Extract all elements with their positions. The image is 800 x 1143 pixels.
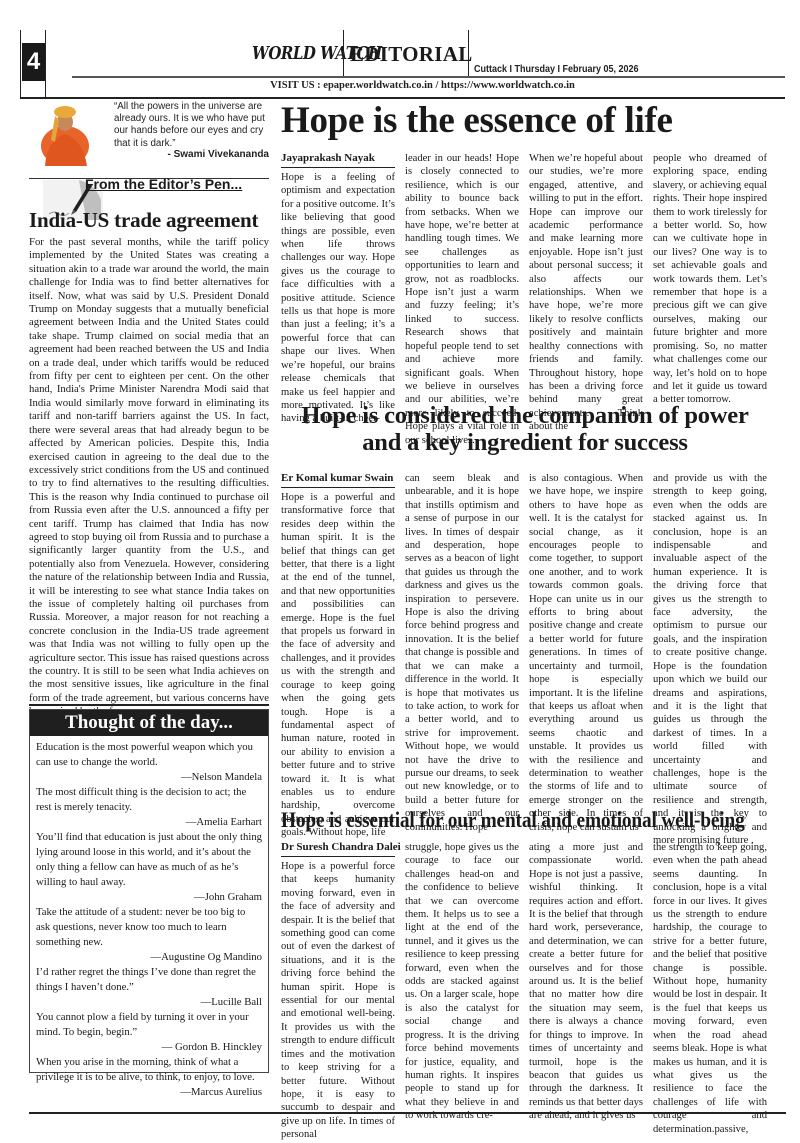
quote-box: “All the powers in the universe are alre…: [29, 100, 269, 170]
page-number: 4: [22, 43, 45, 81]
column-text: Hope is a powerful force that keeps huma…: [281, 860, 395, 1142]
thought-author: — Gordon B. Hinckley: [36, 1040, 262, 1055]
article-column: and provide us with the strength to keep…: [653, 472, 767, 847]
divider: [343, 30, 344, 76]
thought-author: —Lucille Ball: [36, 995, 262, 1010]
quote-text: “All the powers in the universe are alre…: [114, 101, 270, 150]
article-column: struggle, hope gives us the courage to f…: [405, 841, 519, 1142]
article-3-columns: Dr Suresh Chandra Dalei Hope is a powerf…: [281, 841, 767, 1142]
article-2-headline: Hope is considered the companion of powe…: [285, 402, 765, 456]
thought-author: —John Graham: [36, 890, 262, 905]
quote-author: - Swami Vivekananda: [167, 149, 269, 160]
thought-quote: I’d rather regret the things I’ve done t…: [36, 965, 262, 995]
article-column: Er Komal kumar Swain Hope is a powerful …: [281, 472, 395, 847]
swami-vivekananda-portrait-icon: [37, 100, 93, 166]
editorial-headline: India-US trade agreement: [29, 208, 258, 233]
thought-author: —Nelson Mandela: [36, 770, 262, 785]
article-3-byline: Dr Suresh Chandra Dalei: [281, 841, 395, 857]
article-column: Dr Suresh Chandra Dalei Hope is a powerf…: [281, 841, 395, 1142]
thought-of-the-day-title: Thought of the day...: [30, 710, 268, 736]
article-column: can seem bleak and unbearable, and it is…: [405, 472, 519, 847]
thought-author: —Augustine Og Mandino: [36, 950, 262, 965]
article-2-byline: Er Komal kumar Swain: [281, 472, 395, 488]
thought-list: Education is the most powerful weapon wh…: [30, 736, 268, 1100]
divider: [468, 30, 469, 76]
masthead: 4 WORLD WATCH EDITORIAL Cuttack I Thursd…: [20, 30, 785, 98]
thought-quote: When you arise in the morning, think of …: [36, 1055, 262, 1085]
article-1-byline: Jayaprakash Nayak: [281, 152, 395, 168]
visit-us-links[interactable]: VISIT US : epaper.worldwatch.co.in / htt…: [20, 80, 785, 91]
column-text: Hope is a feeling of optimism and expect…: [281, 171, 395, 426]
dateline: Cuttack I Thursday I February 05, 2026: [474, 64, 639, 75]
article-column: the strength to keep going, even when th…: [653, 841, 767, 1142]
thought-quote: The most difficult thing is the decision…: [36, 785, 262, 815]
thought-author: —Amelia Earhart: [36, 815, 262, 830]
column-text: Hope is a powerful and transformative fo…: [281, 491, 395, 840]
editors-pen-label: From the Editor’s Pen...: [85, 176, 242, 192]
article-column: ating a more just and compassionate worl…: [529, 841, 643, 1142]
article-column: is also contagious. When we have hope, w…: [529, 472, 643, 847]
divider: [279, 97, 766, 98]
editorial-body: For the past several months, while the t…: [29, 236, 269, 719]
thought-quote: You cannot plow a field by turning it ov…: [36, 1010, 262, 1040]
quote-section: “All the powers in the universe are alre…: [29, 100, 269, 170]
thought-of-the-day-box: Thought of the day... Education is the m…: [29, 709, 269, 1073]
thought-author: —Marcus Aurelius: [36, 1085, 262, 1100]
article-2-columns: Er Komal kumar Swain Hope is a powerful …: [281, 472, 767, 847]
thought-quote: Education is the most powerful weapon wh…: [36, 740, 262, 770]
divider: [29, 704, 269, 706]
thought-quote: Take the attitude of a student: never be…: [36, 905, 262, 950]
divider: [72, 76, 785, 78]
page-bottom-rule: [29, 1112, 786, 1114]
section-title: EDITORIAL: [350, 42, 473, 67]
article-1-headline: Hope is the essence of life: [281, 100, 673, 142]
article-3-headline: Hope is essential for our mental and emo…: [281, 805, 745, 835]
thought-quote: You’ll find that education is just about…: [36, 830, 262, 890]
